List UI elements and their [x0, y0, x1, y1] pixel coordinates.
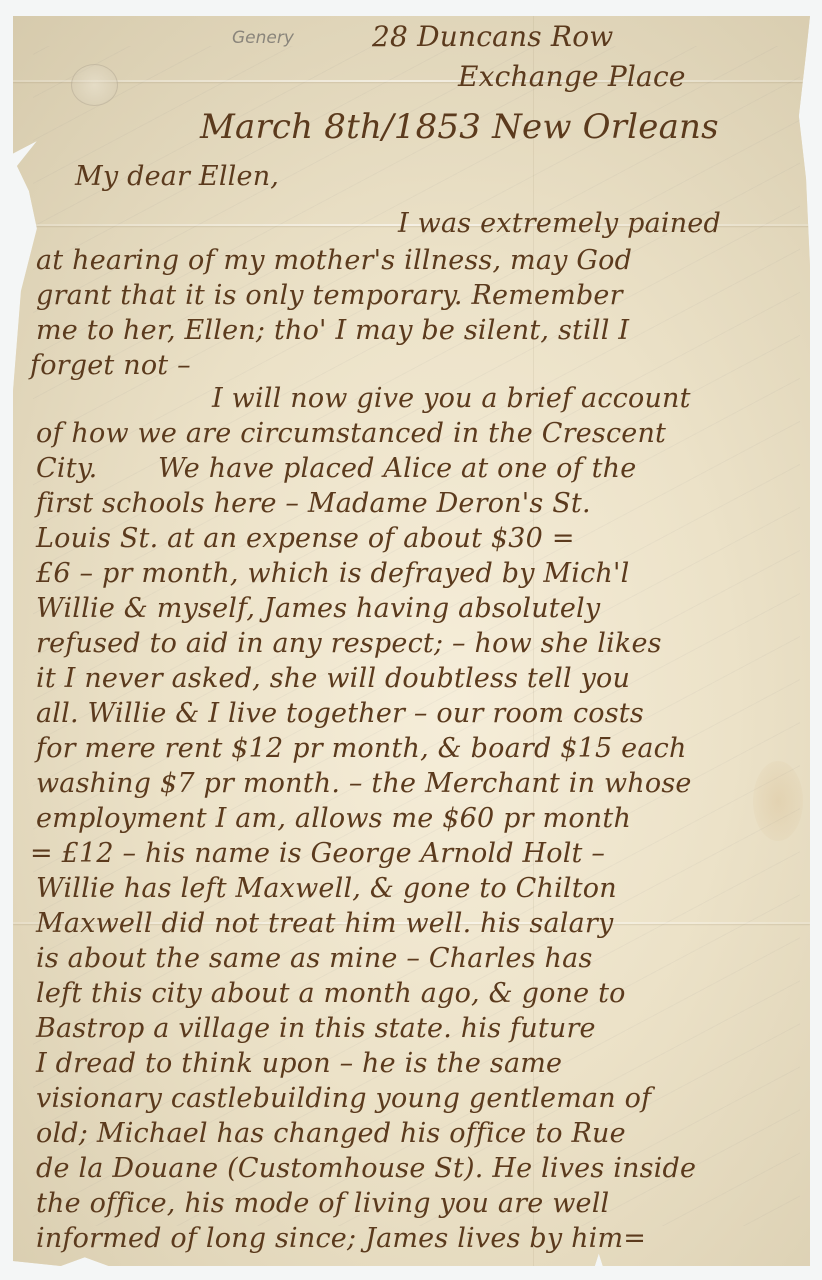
body-line: City.	[36, 452, 97, 486]
body-line: Maxwell did not treat him well. his sala…	[36, 907, 613, 941]
body-line: refused to aid in any respect; – how she…	[36, 627, 662, 661]
body-line: Willie & myself, James having absolutely	[36, 592, 600, 626]
body-line: of how we are circumstanced in the Cresc…	[36, 417, 666, 451]
body-line: visionary castlebuilding young gentleman…	[36, 1082, 651, 1116]
body-line: the office, his mode of living you are w…	[36, 1187, 609, 1221]
body-line: £6 – pr month, which is defrayed by Mich…	[36, 557, 629, 591]
body-line: Louis St. at an expense of about $30 =	[36, 522, 575, 556]
body-line: de la Douane (Customhouse St). He lives …	[36, 1152, 696, 1186]
embossed-seal	[71, 64, 118, 106]
body-line: I dread to think upon – he is the same	[36, 1047, 562, 1081]
body-line: left this city about a month ago, & gone…	[36, 977, 626, 1011]
body-line: employment I am, allows me $60 pr month	[36, 802, 631, 836]
fold-line	[13, 80, 810, 82]
address-line-1: 28 Duncans Row	[372, 20, 613, 54]
salutation: My dear Ellen,	[75, 160, 279, 194]
body-line: Willie has left Maxwell, & gone to Chilt…	[36, 872, 617, 906]
dateline: March 8th/1853 New Orleans	[200, 110, 719, 144]
body-line: all. Willie & I live together – our room…	[36, 697, 644, 731]
pencil-annotation: Genery	[232, 28, 294, 48]
address-line-2: Exchange Place	[458, 60, 686, 94]
water-stain	[753, 761, 803, 841]
body-line: Bastrop a village in this state. his fut…	[36, 1012, 596, 1046]
body-line: washing $7 pr month. – the Merchant in w…	[36, 767, 692, 801]
body-line: it I never asked, she will doubtless tel…	[36, 662, 630, 696]
body-line: first schools here – Madame Deron's St.	[36, 487, 591, 521]
body-line: We have placed Alice at one of the	[158, 452, 636, 486]
body-line: informed of long since; James lives by h…	[36, 1222, 646, 1256]
body-line: at hearing of my mother's illness, may G…	[36, 244, 632, 278]
body-line: grant that it is only temporary. Remembe…	[36, 279, 623, 313]
body-line: forget not –	[30, 349, 191, 383]
body-line: I was extremely pained	[398, 207, 721, 241]
body-line: I will now give you a brief account	[212, 382, 691, 416]
body-line: me to her, Ellen; tho' I may be silent, …	[36, 314, 629, 348]
body-line: for mere rent $12 pr month, & board $15 …	[36, 732, 687, 766]
body-line: is about the same as mine – Charles has	[36, 942, 593, 976]
body-line: = £12 – his name is George Arnold Holt –	[30, 837, 605, 871]
body-line: old; Michael has changed his office to R…	[36, 1117, 626, 1151]
